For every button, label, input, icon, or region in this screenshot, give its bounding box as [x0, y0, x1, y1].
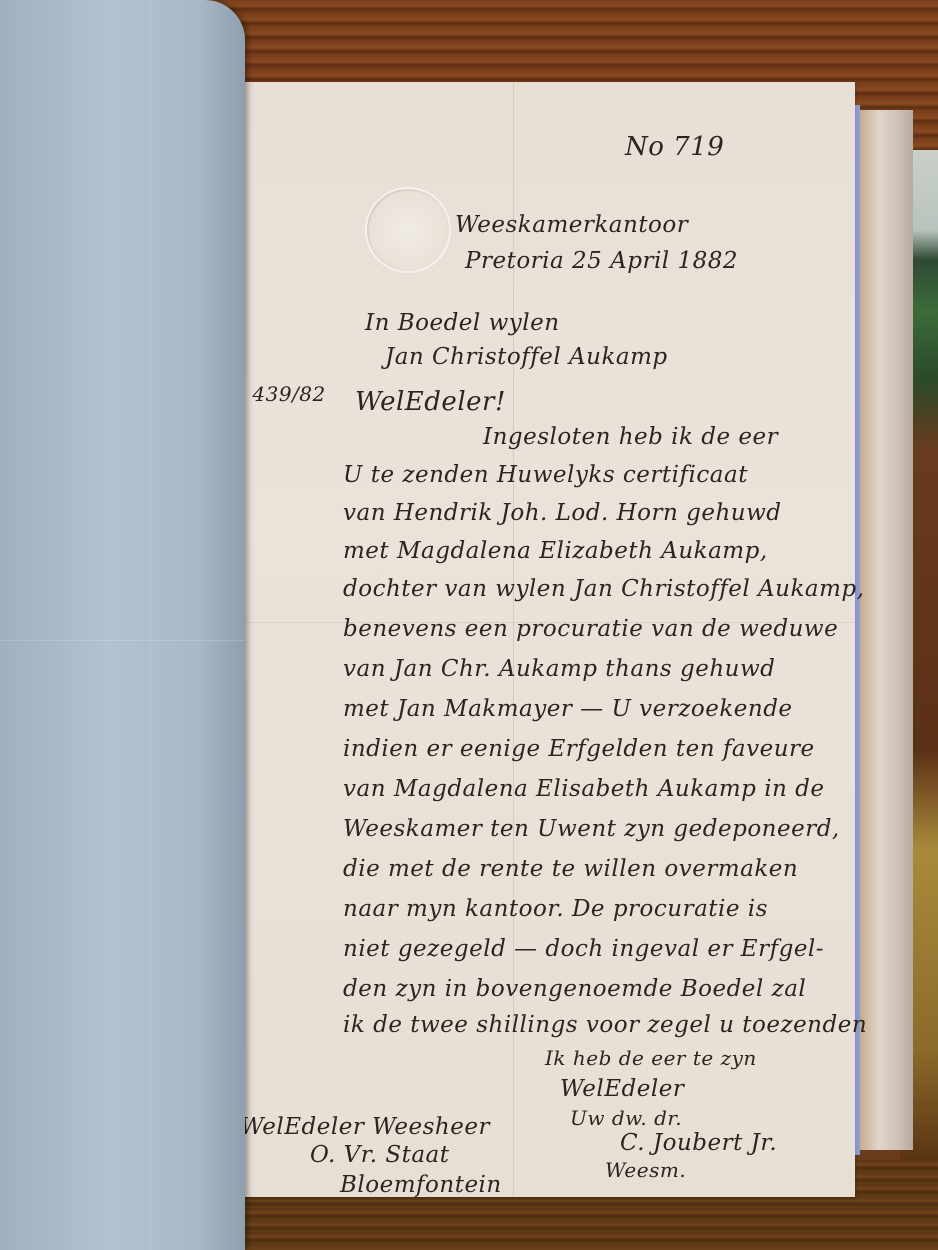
body-line: met Magdalena Elizabeth Aukamp,: [343, 538, 768, 564]
letter-sheet: No 719 Weeskamerkantoor Pretoria 25 Apri…: [215, 82, 855, 1197]
closing-title: Weesm.: [605, 1158, 686, 1182]
body-line: naar myn kantoor. De procuratie is: [343, 896, 768, 922]
salutation: WelEdeler!: [355, 387, 506, 417]
addressee-line: WelEdeler Weesheer: [240, 1114, 490, 1140]
page-fold-horizontal: [0, 640, 245, 641]
left-blank-page: [0, 0, 245, 1250]
signature: C. Joubert Jr.: [620, 1130, 777, 1156]
body-line: ik de twee shillings voor zegel u toezen…: [343, 1012, 867, 1038]
body-line: dochter van wylen Jan Christoffel Aukamp…: [343, 576, 864, 602]
document-number: No 719: [625, 132, 724, 162]
body-line: van Hendrik Joh. Lod. Horn gehuwd: [343, 500, 782, 526]
body-line: Ingesloten heb ik de eer: [483, 424, 778, 450]
body-line: met Jan Makmayer — U verzoekende: [343, 696, 793, 722]
page-fold-vertical: [150, 0, 151, 1250]
addressee-line: Bloemfontein: [340, 1172, 502, 1198]
closing-line: Ik heb de eer te zyn: [545, 1046, 757, 1070]
subject-line-1: In Boedel wylen: [365, 310, 560, 336]
addressee-line: O. Vr. Staat: [310, 1142, 450, 1168]
body-line: van Magdalena Elisabeth Aukamp in de: [343, 776, 825, 802]
body-line: niet gezegeld — doch ingeval er Erfgel-: [343, 936, 824, 962]
place-date: Pretoria 25 April 1882: [465, 248, 738, 274]
body-line: van Jan Chr. Aukamp thans gehuwd: [343, 656, 775, 682]
embossed-seal-icon: [365, 187, 451, 273]
body-line: U te zenden Huwelyks certificaat: [343, 462, 748, 488]
body-line: Weeskamer ten Uwent zyn gedeponeerd,: [343, 816, 840, 842]
body-line: die met de rente te willen overmaken: [343, 856, 798, 882]
body-line: den zyn in bovengenoemde Boedel zal: [343, 976, 806, 1002]
office-header: Weeskamerkantoor: [455, 212, 688, 238]
body-line: benevens een procuratie van de weduwe: [343, 616, 838, 642]
body-line: indien er eenige Erfgelden ten faveure: [343, 736, 815, 762]
subject-line-2: Jan Christoffel Aukamp: [385, 344, 668, 370]
closing-line: Uw dw. dr.: [570, 1106, 682, 1130]
closing-line: WelEdeler: [560, 1076, 684, 1102]
